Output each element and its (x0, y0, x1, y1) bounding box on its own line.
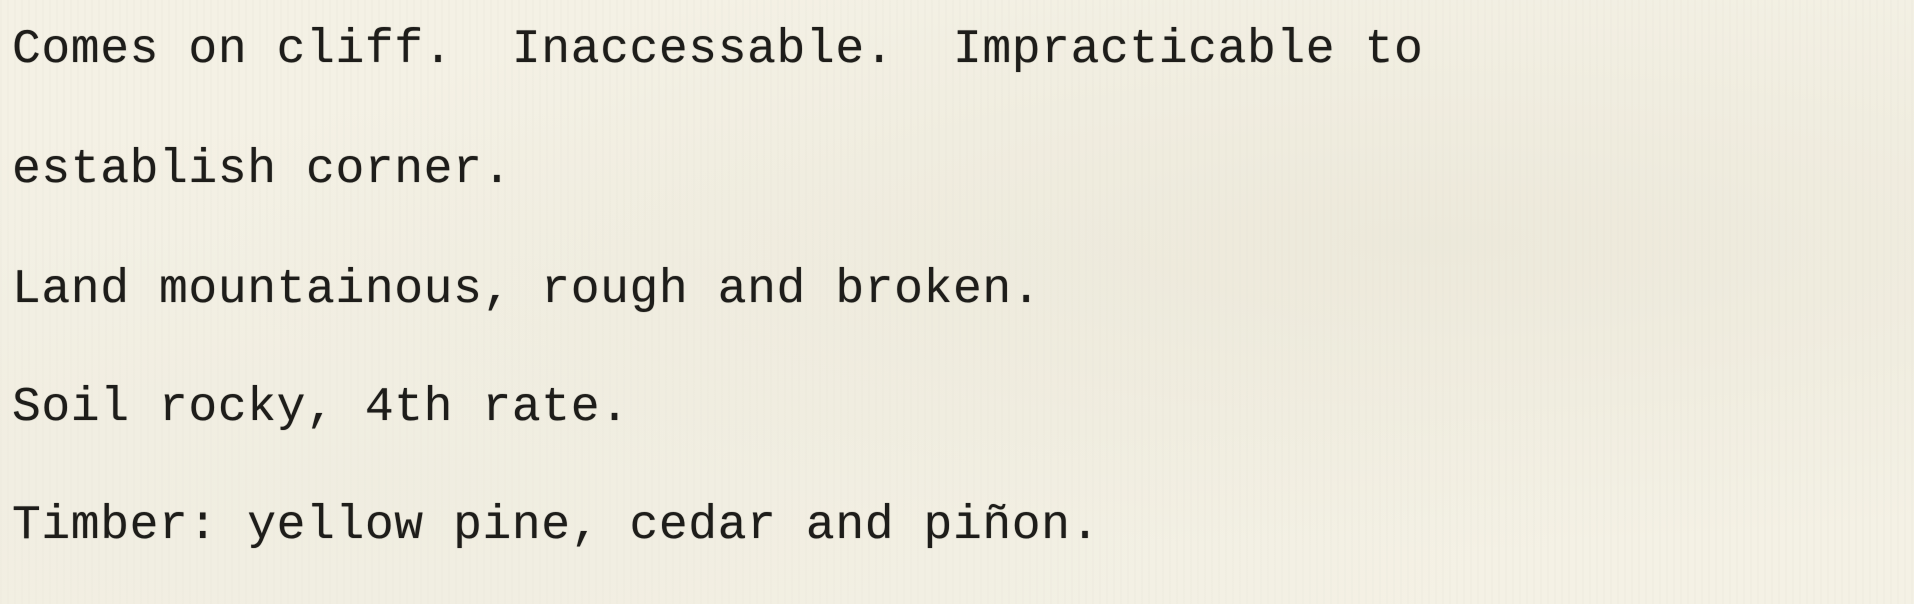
text-line-land-description: Land mountainous, rough and broken. (12, 262, 1041, 318)
text-line-cliff-note: Comes on cliff. Inaccessable. Impractica… (12, 22, 1423, 78)
text-line-soil-description: Soil rocky, 4th rate. (12, 380, 630, 436)
text-line-corner-note: establish corner. (12, 142, 512, 198)
text-line-timber-description: Timber: yellow pine, cedar and piñon. (12, 498, 1100, 554)
document-page: Comes on cliff. Inaccessable. Impractica… (0, 0, 1914, 604)
